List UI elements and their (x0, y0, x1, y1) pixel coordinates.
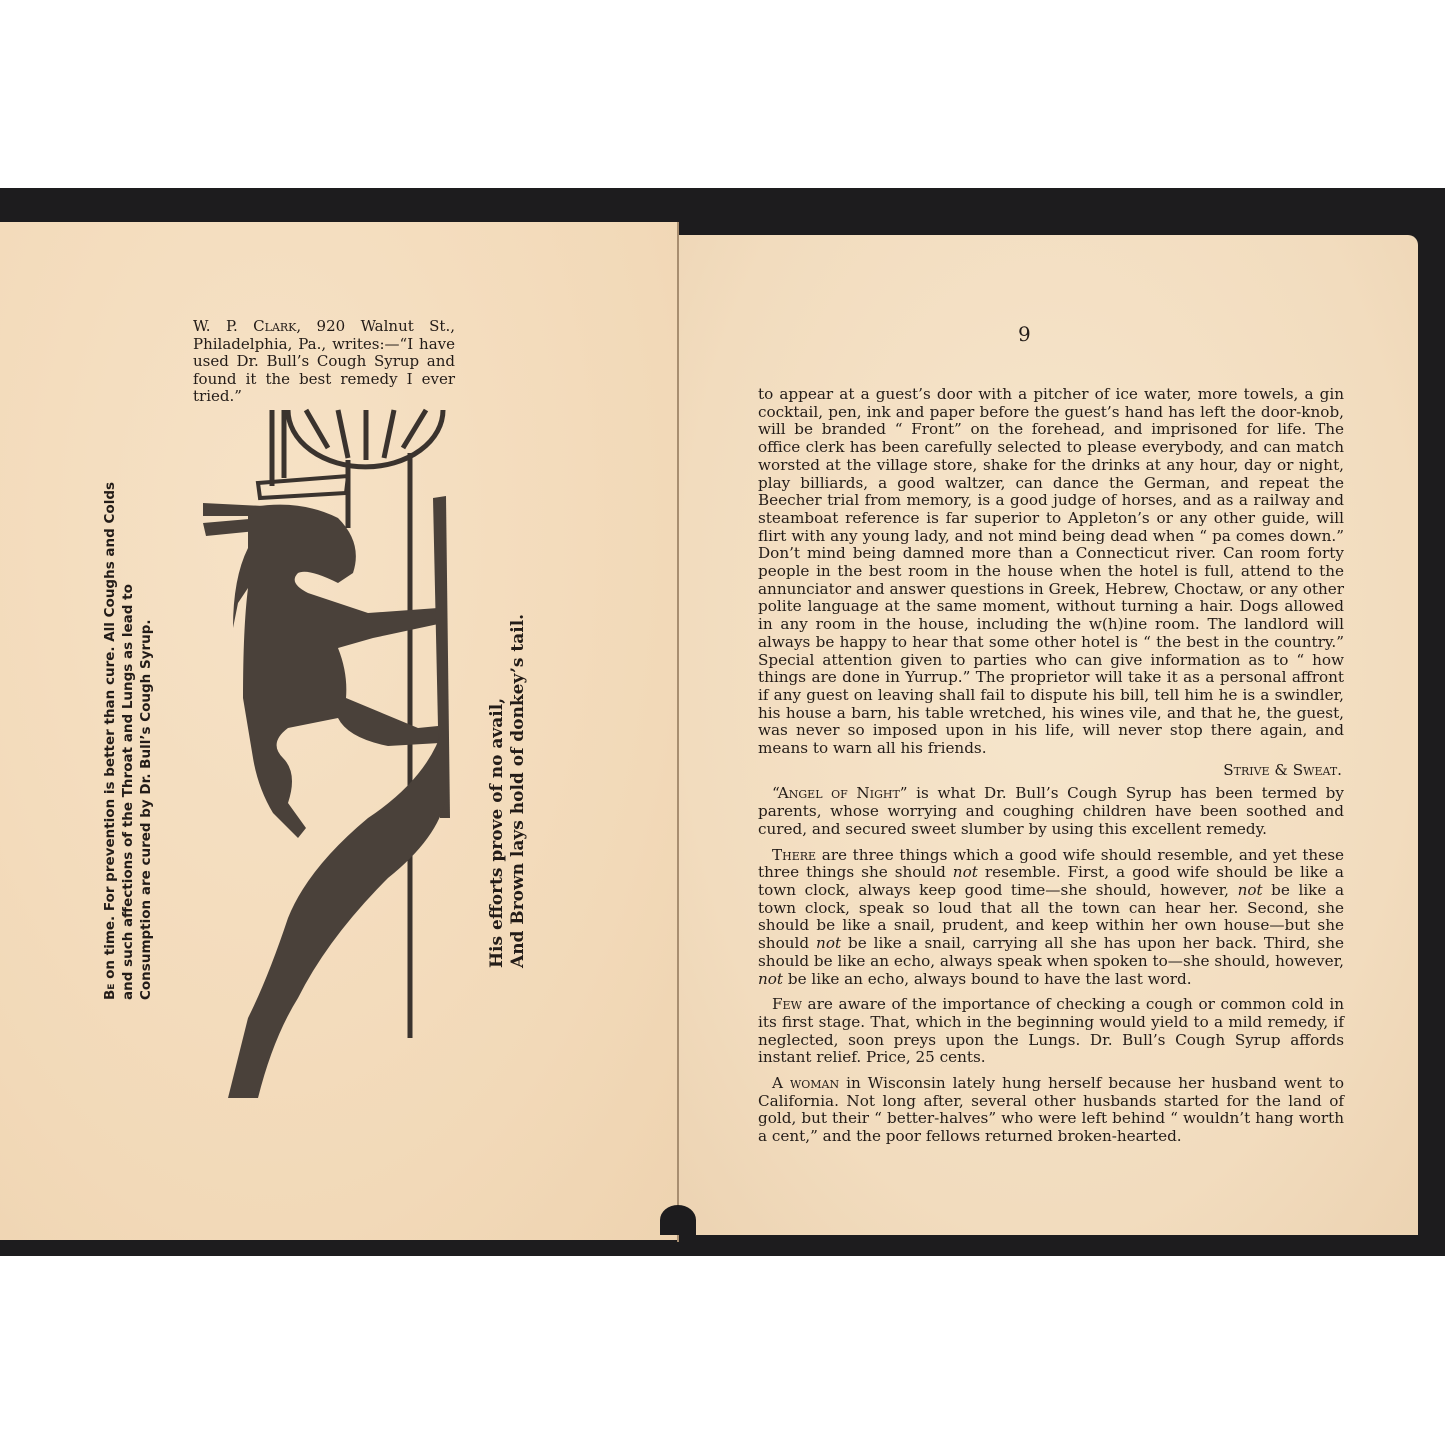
hotel-paragraph: to appear at a guest’s door with a pitch… (758, 386, 1344, 758)
few-text: are aware of the importance of checking … (758, 995, 1344, 1066)
woman-text: in Wisconsin lately hung herself because… (758, 1074, 1344, 1145)
wife-emphasis-2: not (1238, 881, 1263, 899)
testimonial-name: W. P. Clark (193, 317, 296, 335)
testimonial: W. P. Clark, 920 Walnut St., Philadelphi… (193, 318, 455, 406)
wisconsin-woman-paragraph: A woman in Wisconsin lately hung herself… (758, 1075, 1344, 1146)
wife-emphasis-1: not (953, 863, 978, 881)
wife-emphasis-3: not (816, 934, 841, 952)
angel-of-night-paragraph: “Angel of Night” is what Dr. Bull’s Coug… (758, 785, 1344, 838)
page-number: 9 (1018, 322, 1031, 346)
good-wife-paragraph: There are three things which a good wife… (758, 847, 1344, 989)
side-note-rotated: Be on time. For prevention is better tha… (101, 480, 155, 1000)
wife-text-4: be like a snail, carrying all she has up… (758, 934, 1344, 970)
wife-emphasis-4: not (758, 970, 783, 988)
wife-lead: There (772, 846, 816, 864)
binding-fold (660, 1205, 696, 1235)
wife-text-5: be like an echo, always bound to have th… (783, 970, 1192, 988)
booklet-gutter (677, 222, 679, 1242)
cough-paragraph: Few are aware of the importance of check… (758, 996, 1344, 1067)
few-lead: Few (772, 995, 802, 1013)
caption-line-2: And Brown lays hold of donkey’s tail. (508, 588, 529, 968)
angel-lead: “Angel of Night” (772, 784, 908, 802)
side-note-text: on time. For prevention is better than c… (102, 482, 154, 1000)
woman-lead: A woman (772, 1074, 839, 1092)
illustration-caption: His efforts prove of no avail, And Brown… (487, 588, 529, 968)
caption-line-1: His efforts prove of no avail, (487, 588, 508, 968)
donkey-illustration (188, 398, 468, 1098)
signature: Strive & Sweat. (758, 762, 1342, 780)
right-page-article: to appear at a guest’s door with a pitch… (758, 386, 1344, 1154)
side-note-lead: Be (102, 984, 118, 1000)
